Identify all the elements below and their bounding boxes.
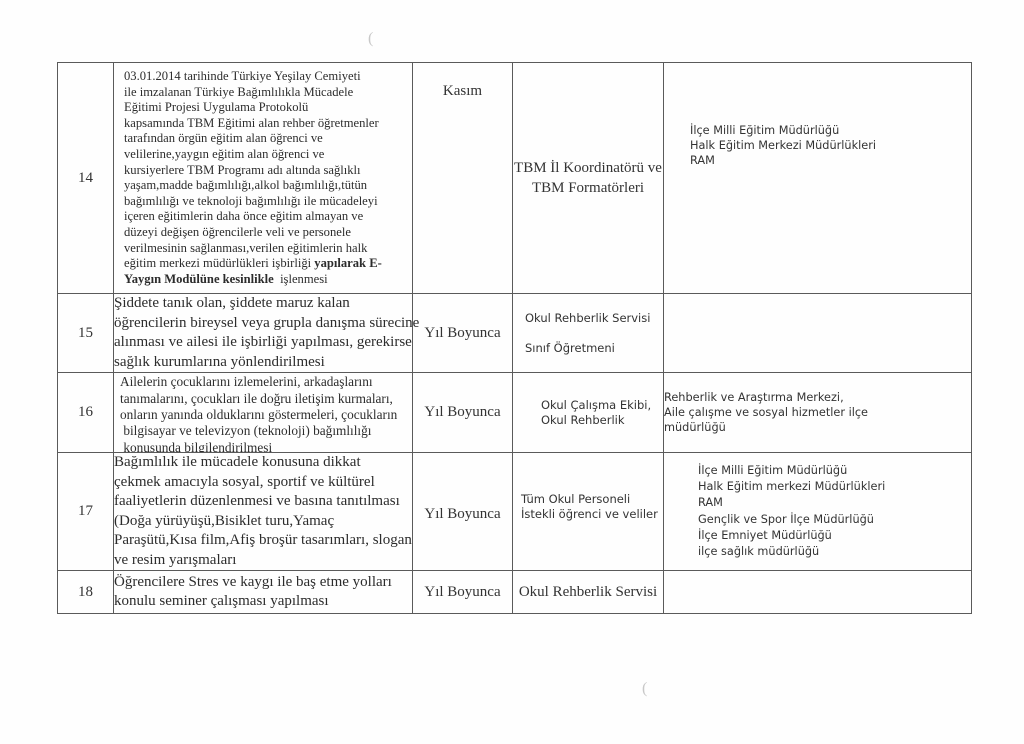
activity-line: ve resim yarışmaları <box>114 551 412 571</box>
activity-line: bilgisayar ve televizyon (teknoloji) bağ… <box>120 423 408 439</box>
activity-line: sağlık kurumlarına yönlendirilmesi <box>114 353 412 373</box>
activity-line: kursiyerlere TBM Programı adı altında sa… <box>124 163 406 179</box>
partner-line: Halk Eğitim Merkezi Müdürlükleri <box>690 138 971 153</box>
activity-line: faaliyetlerin düzenlenmesi ve basına tan… <box>114 492 412 512</box>
activity-line: düzeyi değişen öğrencilerle veli ve pers… <box>124 225 406 241</box>
partner-line: RAM <box>698 495 971 511</box>
activity-line: içeren eğitimlerin daha önce eğitim alma… <box>124 209 406 225</box>
activity-line: konulu seminer çalışması yapılması <box>114 592 412 612</box>
partner-institutions: İlçe Milli Eğitim Müdürlüğü Halk Eğitim … <box>664 63 972 294</box>
activity-line: Paraşütü,Kısa film,Afiş broşür tasarımla… <box>114 531 412 551</box>
time-period: Yıl Boyunca <box>413 453 513 571</box>
time-period: Yıl Boyunca <box>413 571 513 614</box>
responsible-party: Okul Çalışma Ekibi, Okul Rehberlik <box>513 373 664 453</box>
partner-line: RAM <box>690 153 971 168</box>
activity-emphasis: yapılarak E- <box>314 256 382 270</box>
partner-institutions: Rehberlik ve Araştırma Merkezi, Aile çal… <box>664 373 972 453</box>
row-number: 14 <box>58 63 114 294</box>
activity-line: 03.01.2014 tarihinde Türkiye Yeşilay Cem… <box>124 69 406 85</box>
responsible-line: İstekli öğrenci ve veliler <box>521 507 663 522</box>
row-number: 17 <box>58 453 114 571</box>
scan-artifact-mark: ( <box>368 30 373 48</box>
table-row: 14 03.01.2014 tarihinde Türkiye Yeşilay … <box>58 63 972 294</box>
row-number: 18 <box>58 571 114 614</box>
activity-line: kapsamında TBM Eğitimi alan rehber öğret… <box>124 116 406 132</box>
partner-line: Gençlik ve Spor İlçe Müdürlüğü <box>698 512 971 528</box>
responsible-party: Okul Rehberlik Servisi <box>513 571 664 614</box>
responsible-party: TBM İl Koordinatörü ve TBM Formatörleri <box>513 63 664 294</box>
activity-line: yaşam,madde bağımlılığı,alkol bağımlılığ… <box>124 178 406 194</box>
activity-line: alınması ve ailesi ile işbirliği yapılma… <box>114 333 412 353</box>
row-number: 16 <box>58 373 114 453</box>
activity-line: eğitim merkezi müdürlükleri işbirliği ya… <box>124 256 406 272</box>
scanned-page: ( ( 14 03.01.2014 tarihinde Türkiye Yeşi… <box>0 0 1024 744</box>
responsible-party: Tüm Okul Personeli İstekli öğrenci ve ve… <box>513 453 664 571</box>
time-period: Yıl Boyunca <box>413 294 513 373</box>
activity-line: konusunda bilgilendirilmesi <box>120 440 408 452</box>
time-period: Yıl Boyunca <box>413 373 513 453</box>
row-number: 15 <box>58 294 114 373</box>
activity-line: Eğitimi Projesi Uygulama Protokolü <box>124 100 406 116</box>
activity-description: Ailelerin çocuklarını izlemelerini, arka… <box>114 373 413 453</box>
activity-line: Şiddete tanık olan, şiddete maruz kalan <box>114 294 412 314</box>
partner-institutions: İlçe Milli Eğitim Müdürlüğü Halk Eğitim … <box>664 453 972 571</box>
activity-description: Şiddete tanık olan, şiddete maruz kalan … <box>114 294 413 373</box>
partner-line: İlçe Milli Eğitim Müdürlüğü <box>690 123 971 138</box>
responsible-line: Sınıf Öğretmeni <box>525 340 663 356</box>
activity-emphasis: Yaygın Modülüne kesinlikle <box>124 272 274 286</box>
partner-institutions <box>664 571 972 614</box>
scan-artifact-mark: ( <box>642 680 647 698</box>
table-row: 17 Bağımlılık ile mücadele konusuna dikk… <box>58 453 972 571</box>
activity-line: Öğrencilere Stres ve kaygı ile baş etme … <box>114 573 412 593</box>
partner-line: ilçe sağlık müdürlüğü <box>698 544 971 560</box>
activity-description: Öğrencilere Stres ve kaygı ile baş etme … <box>114 571 413 614</box>
activity-line: Yaygın Modülüne kesinlikle işlenmesi <box>124 272 406 288</box>
responsible-party: Okul Rehberlik Servisi Sınıf Öğretmeni <box>513 294 664 373</box>
activity-line: onların yanında olduklarını göstermeleri… <box>120 407 408 423</box>
responsible-line: Okul Rehberlik Servisi <box>525 310 663 326</box>
activity-line: Bağımlılık ile mücadele konusuna dikkat <box>114 453 412 473</box>
activity-line: Ailelerin çocuklarını izlemelerini, arka… <box>120 374 408 390</box>
activity-text: işlenmesi <box>274 272 328 286</box>
activity-line: tanımalarını, çocukları ile doğru iletiş… <box>120 391 408 407</box>
activity-line: (Doğa yürüyüşü,Bisiklet turu,Yamaç <box>114 512 412 532</box>
table-row: 16 Ailelerin çocuklarını izlemelerini, a… <box>58 373 972 453</box>
table-row: 15 Şiddete tanık olan, şiddete maruz kal… <box>58 294 972 373</box>
activity-line: tarafından örgün eğitim alan öğrenci ve <box>124 131 406 147</box>
partner-line: müdürlüğü <box>664 420 971 435</box>
partner-institutions <box>664 294 972 373</box>
partner-line: Rehberlik ve Araştırma Merkezi, <box>664 390 971 405</box>
responsible-line: TBM İl Koordinatörü ve <box>513 158 663 178</box>
responsible-line: Tüm Okul Personeli <box>521 492 663 507</box>
responsible-line: TBM Formatörleri <box>513 178 663 198</box>
activity-line: velilerine,yaygın eğitim alan öğrenci ve <box>124 147 406 163</box>
activity-line: çekmek amacıyla sosyal, sportif ve kültü… <box>114 473 412 493</box>
table-row: 18 Öğrencilere Stres ve kaygı ile baş et… <box>58 571 972 614</box>
activity-line: bağımlılığı ve teknoloji bağımlılığı ile… <box>124 194 406 210</box>
activity-line: verilmesinin sağlanması,verilen eğitimle… <box>124 241 406 257</box>
partner-line: Aile çalışme ve sosyal hizmetler ilçe <box>664 405 971 420</box>
activity-text: eğitim merkezi müdürlükleri işbirliği <box>124 256 314 270</box>
activity-description: 03.01.2014 tarihinde Türkiye Yeşilay Cem… <box>114 63 413 294</box>
responsible-line: Okul Rehberlik <box>541 413 663 428</box>
partner-line: Halk Eğitim merkezi Müdürlükleri <box>698 479 971 495</box>
activity-line: ile imzalanan Türkiye Bağımlılıkla Mücad… <box>124 85 406 101</box>
partner-line: İlçe Milli Eğitim Müdürlüğü <box>698 463 971 479</box>
time-period: Kasım <box>413 63 513 294</box>
activity-description: Bağımlılık ile mücadele konusuna dikkat … <box>114 453 413 571</box>
activity-line: öğrencilerin bireysel veya grupla danışm… <box>114 314 412 334</box>
partner-line: İlçe Emniyet Müdürlüğü <box>698 528 971 544</box>
responsible-line: Okul Çalışma Ekibi, <box>541 398 663 413</box>
activity-plan-table: 14 03.01.2014 tarihinde Türkiye Yeşilay … <box>57 62 972 614</box>
